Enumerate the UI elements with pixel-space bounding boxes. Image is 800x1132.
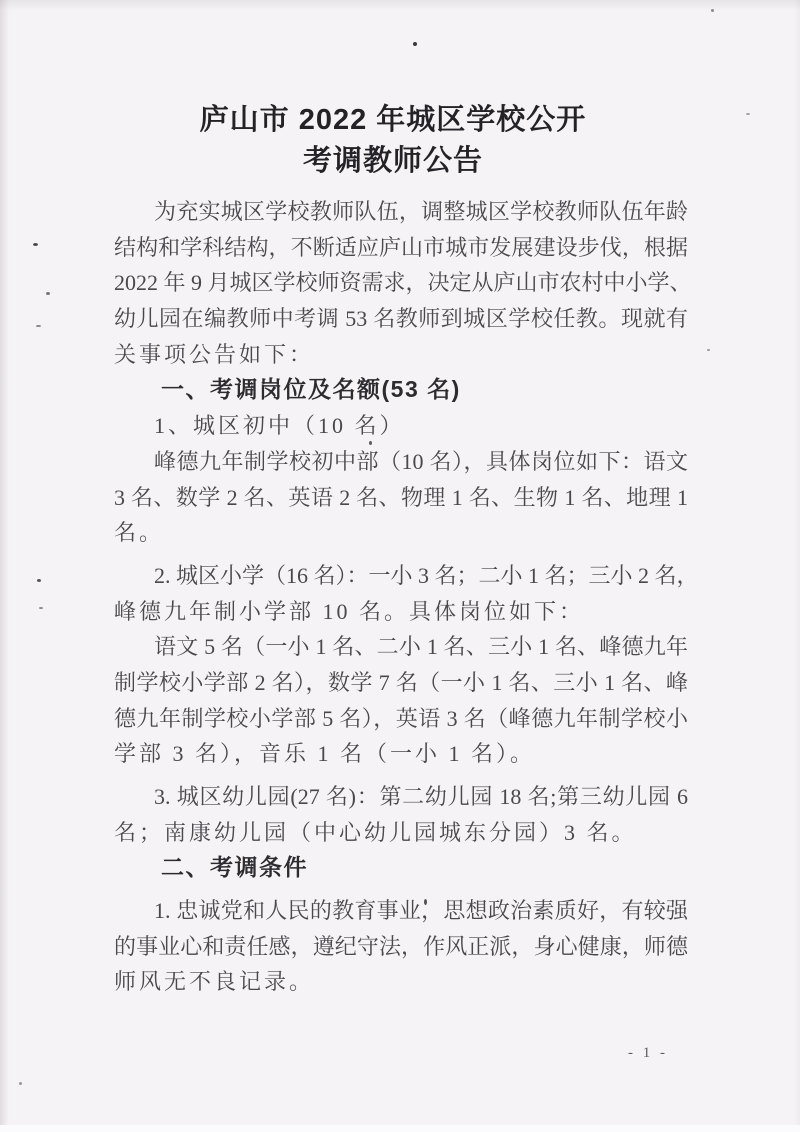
scan-speck [19,1082,22,1085]
scan-speck [424,899,427,905]
text-line: 3 名、数学 2 名、英语 2 名、物理 1 名、生物 1 名、地理 1 [114,480,688,516]
text-line: 名；南康幼儿园（中心幼儿园城东分园）3 名。 [114,815,688,851]
text-line: 师风无不良记录。 [114,964,688,1000]
text-line: 1. 忠诚党和人民的教育事业，思想政治素质好，有较强 [114,893,688,929]
title-line-2: 考调教师公告 [100,141,686,182]
scan-speck [36,325,41,327]
page-bottom-edge [0,1125,800,1132]
text-line: 峰德九年制学校初中部（10 名），具体岗位如下：语文 [114,444,688,480]
text-line: 为充实城区学校教师队伍，调整城区学校教师队伍年龄 [114,194,688,230]
text-line: 1、城区初中（10 名） [114,408,688,444]
scan-speck [707,349,710,351]
scan-speck [37,579,41,582]
text-line: 制学校小学部 2 名），数学 7 名（一小 1 名、三小 1 名、峰 [114,665,688,701]
text-line: 幼儿园在编教师中考调 53 名教师到城区学校任教。现就有 [114,301,688,337]
text-line: 语文 5 名（一小 1 名、二小 1 名、三小 1 名、峰德九年 [114,629,688,665]
text-line: 德九年制学校小学部 5 名），英语 3 名（峰德九年制学校小 [114,701,688,737]
text-line: 的事业心和责任感，遵纪守法，作风正派，身心健康，师德 [114,929,688,965]
document-body: 为充实城区学校教师队伍，调整城区学校教师队伍年龄 结构和学科结构，不断适应庐山市… [114,194,688,1000]
scan-page: 庐山市 2022 年城区学校公开 考调教师公告 为充实城区学校教师队伍，调整城区… [0,0,800,1132]
text-line: 2022 年 9 月城区学校师资需求，决定从庐山市农村中小学、 [114,265,688,301]
text-line: 结构和学科结构，不断适应庐山市城市发展建设步伐，根据 [114,230,688,266]
page-number: - 1 - [628,1043,688,1063]
text-line: 3. 城区幼儿园(27 名)：第二幼儿园 18 名;第三幼儿园 6 [114,779,688,815]
text-line: 关事项公告如下： [114,337,688,373]
section-heading-2: 二、考调条件 [114,850,688,886]
text-line: 峰德九年制小学部 10 名。具体岗位如下： [114,594,688,630]
text-line: 学部 3 名），音乐 1 名（一小 1 名）。 [114,736,688,772]
document-title: 庐山市 2022 年城区学校公开 考调教师公告 [100,100,686,182]
scan-speck [33,243,38,246]
scan-speck [413,42,417,46]
scan-speck [711,9,714,12]
title-line-1: 庐山市 2022 年城区学校公开 [100,100,686,141]
scan-speck [746,113,750,115]
scan-speck [39,607,43,609]
text-line: 名。 [114,515,688,551]
scan-speck [46,292,50,295]
text-line: 2. 城区小学（16 名）：一小 3 名；二小 1 名；三小 2 名， [114,558,688,594]
section-heading-1: 一、考调岗位及名额(53 名) [114,372,688,408]
scan-speck [369,441,372,445]
